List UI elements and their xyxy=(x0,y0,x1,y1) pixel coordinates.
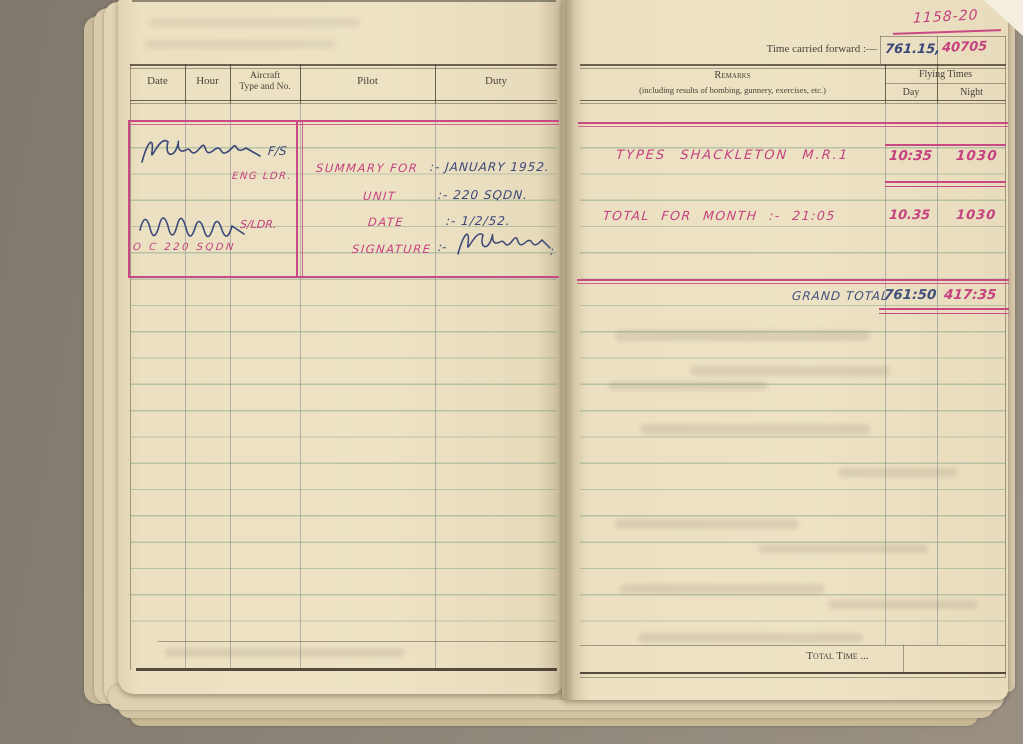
right-bottom-rule-1 xyxy=(580,672,1006,674)
day-header: Day xyxy=(885,87,937,98)
total-time-label: Total Time ... xyxy=(775,650,900,662)
right-table-top-rule xyxy=(580,64,1006,66)
unit-value: :- 220 SQDN. xyxy=(437,188,528,202)
right-pink-mid-rule xyxy=(577,279,1009,281)
scanned-logbook: Date Hour Aircraft Type and No. Pilot Du… xyxy=(0,0,1023,744)
right-pink-top-rule xyxy=(578,122,1008,124)
grand-total-underline-2 xyxy=(879,313,1009,314)
bleed-smudge xyxy=(150,18,360,27)
bleed-smudge xyxy=(165,648,405,657)
pink-box-divider-rule xyxy=(296,120,298,278)
carried-forward-day: 761.15, xyxy=(884,42,940,57)
remarks-header: Remarks xyxy=(580,70,885,81)
times-box-underline-2 xyxy=(885,186,1006,187)
pink-box-top-rule-2 xyxy=(128,124,559,125)
left-footer-rule xyxy=(158,641,557,642)
sig2-role: S/LDR. xyxy=(239,218,277,231)
left-table-top-rule-2 xyxy=(130,68,557,69)
bleed-smudge xyxy=(145,40,335,49)
col-header-aircraft-line1: Aircraft xyxy=(230,71,300,82)
bleed-smudge xyxy=(615,330,870,341)
bleed-smudge xyxy=(620,584,825,594)
left-page-top-edge xyxy=(132,0,556,2)
times-box-top-rule xyxy=(885,144,1006,146)
bleed-smudge xyxy=(614,519,799,529)
grand-total-label: GRAND TOTAL xyxy=(791,289,889,303)
flying-times-sub-rule xyxy=(885,83,1006,84)
col-header-aircraft-line2: Type and No. xyxy=(230,82,300,93)
left-bottom-rule xyxy=(136,668,557,671)
left-table-top-rule xyxy=(130,64,557,66)
signature-label: SIGNATURE xyxy=(351,242,432,256)
right-header-bottom-rule-2 xyxy=(580,103,1006,104)
grand-total-night: 417:35 xyxy=(943,287,997,303)
entry-types-day: 10:35 xyxy=(888,148,932,164)
bleed-smudge xyxy=(640,424,870,435)
col-header-hour: Hour xyxy=(185,75,230,87)
pink-box-left-rule xyxy=(128,120,130,278)
grand-total-underline-1 xyxy=(879,308,1009,310)
time-carried-forward-label: Time carried forward :— xyxy=(705,43,877,55)
grand-total-day: 761:50 xyxy=(883,287,937,303)
signature-waters-2 xyxy=(452,220,556,262)
right-header-bottom-rule xyxy=(580,100,1006,101)
signature-waters-1 xyxy=(134,126,274,170)
bleed-smudge xyxy=(758,544,928,553)
carried-box-top xyxy=(880,36,1006,37)
col-header-aircraft: Aircraft Type and No. xyxy=(230,71,300,93)
pink-box-bottom-rule xyxy=(128,276,559,278)
remarks-subheader: (including results of bombing, gunnery, … xyxy=(580,85,885,95)
times-box-underline-1 xyxy=(885,181,1006,183)
pink-box-top-rule xyxy=(128,120,559,122)
col-header-date: Date xyxy=(130,75,185,87)
left-header-bottom-rule-2 xyxy=(130,103,557,104)
entry-types-night: 1030 xyxy=(955,148,998,164)
signature-colon: :- xyxy=(437,240,447,254)
bleed-smudge xyxy=(608,381,768,390)
unit-label: UNIT xyxy=(362,189,397,203)
carried-forward-night: 40705 xyxy=(942,39,988,56)
sig1-role: ENG LDR. xyxy=(232,171,293,182)
date-label: DATE xyxy=(367,215,404,229)
sig1-rank: F/S xyxy=(267,144,287,158)
entry-total-month: TOTAL FOR MONTH :- 21:05 xyxy=(602,208,836,223)
pink-box-divider-rule-2 xyxy=(302,120,303,278)
right-footer-rule xyxy=(580,645,1006,646)
entry-types: TYPES SHACKLETON M.R.1 xyxy=(615,148,849,163)
right-bottom-rule-2 xyxy=(580,677,1006,678)
entry-total-month-day: 10.35 xyxy=(888,208,930,223)
summary-label: SUMMARY FOR xyxy=(315,161,418,175)
bleed-smudge xyxy=(838,468,958,477)
col-header-duty: Duty xyxy=(435,75,557,87)
bleed-smudge xyxy=(638,633,863,643)
flying-times-header: Flying Times xyxy=(885,69,1006,80)
entry-total-month-night: 1030 xyxy=(955,208,996,223)
right-footer-divider xyxy=(903,645,904,672)
carried-box-left xyxy=(880,36,881,64)
bleed-smudge xyxy=(828,600,978,609)
left-header-bottom-rule xyxy=(130,100,557,101)
col-header-pilot: Pilot xyxy=(300,75,435,87)
summary-value: :- JANUARY 1952. xyxy=(429,160,550,174)
right-pink-top-rule-2 xyxy=(578,126,1008,127)
right-pink-mid-rule-2 xyxy=(577,283,1009,284)
sig2-unit: O C 220 SQDN xyxy=(133,242,237,253)
bleed-smudge xyxy=(690,366,890,376)
night-header: Night xyxy=(937,87,1006,98)
